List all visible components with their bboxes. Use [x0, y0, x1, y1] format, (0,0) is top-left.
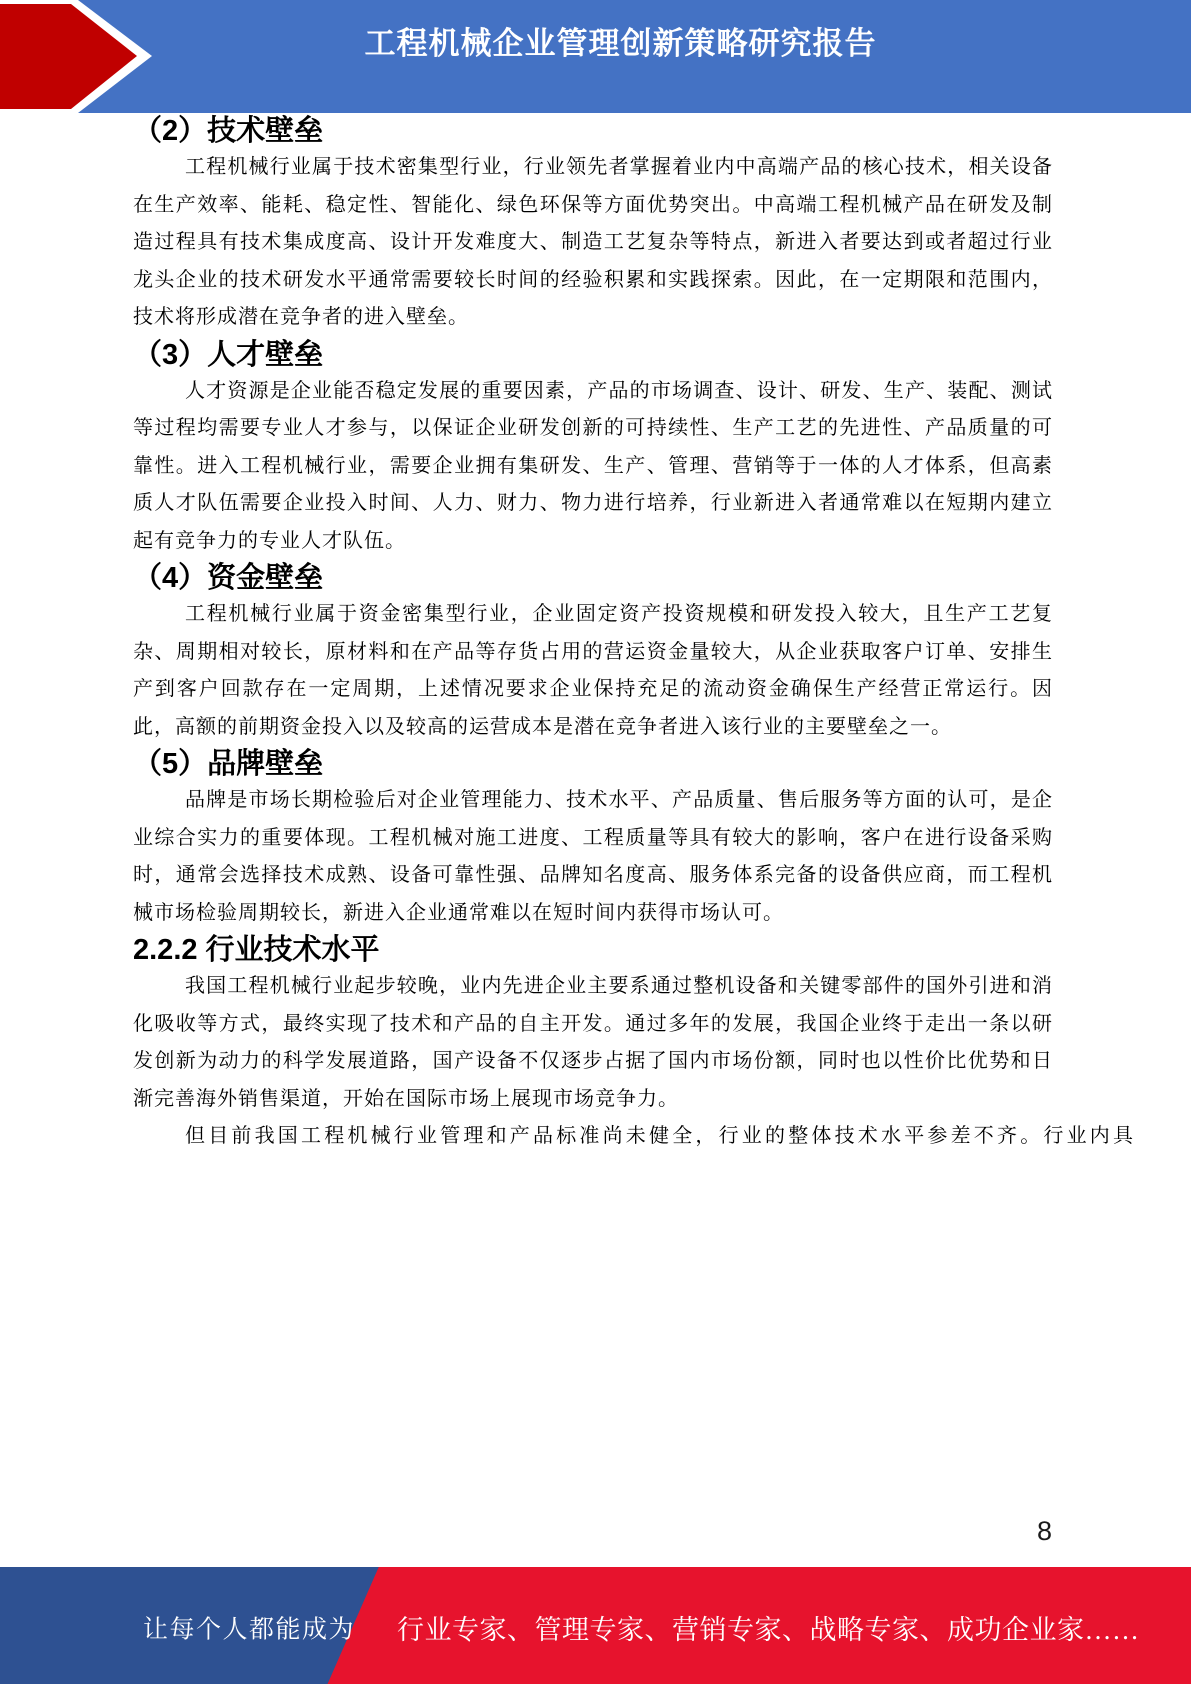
page-header: 工程机械企业管理创新策略研究报告	[0, 0, 1191, 113]
footer-slogan-left: 让每个人都能成为	[143, 1609, 355, 1645]
section-paragraph: 工程机械行业属于资金密集型行业，企业固定资产投资规模和研发投入较大，且生产工艺复…	[133, 596, 1053, 746]
section-heading-tech-barrier: （2）技术壁垒	[133, 113, 1053, 149]
page-footer: 让每个人都能成为 行业专家、管理专家、营销专家、战略专家、成功企业家……	[0, 1567, 1191, 1684]
section-heading-industry-tech-level: 2.2.2 行业技术水平	[133, 932, 1053, 968]
report-title: 工程机械企业管理创新策略研究报告	[0, 24, 1191, 64]
section-paragraph: 我国工程机械行业起步较晚，业内先进企业主要系通过整机设备和关键零部件的国外引进和…	[133, 968, 1053, 1118]
section-paragraph: 但目前我国工程机械行业管理和产品标准尚未健全，行业的整体技术水平参差不齐。行业内…	[133, 1118, 1053, 1156]
section-heading-brand-barrier: （5）品牌壁垒	[133, 746, 1053, 782]
section-paragraph: 人才资源是企业能否稳定发展的重要因素，产品的市场调查、设计、研发、生产、装配、测…	[133, 373, 1053, 561]
report-page: 工程机械企业管理创新策略研究报告 （2）技术壁垒 工程机械行业属于技术密集型行业…	[0, 0, 1191, 1684]
footer-slogan-right: 行业专家、管理专家、营销专家、战略专家、成功企业家……	[397, 1608, 1140, 1647]
page-number: 8	[1037, 1516, 1052, 1547]
section-paragraph: 工程机械行业属于技术密集型行业，行业领先者掌握着业内中高端产品的核心技术，相关设…	[133, 149, 1053, 337]
section-heading-talent-barrier: （3）人才壁垒	[133, 337, 1053, 373]
section-paragraph: 品牌是市场长期检验后对企业管理能力、技术水平、产品质量、售后服务等方面的认可，是…	[133, 782, 1053, 932]
section-heading-capital-barrier: （4）资金壁垒	[133, 560, 1053, 596]
page-body: （2）技术壁垒 工程机械行业属于技术密集型行业，行业领先者掌握着业内中高端产品的…	[0, 113, 1191, 1156]
